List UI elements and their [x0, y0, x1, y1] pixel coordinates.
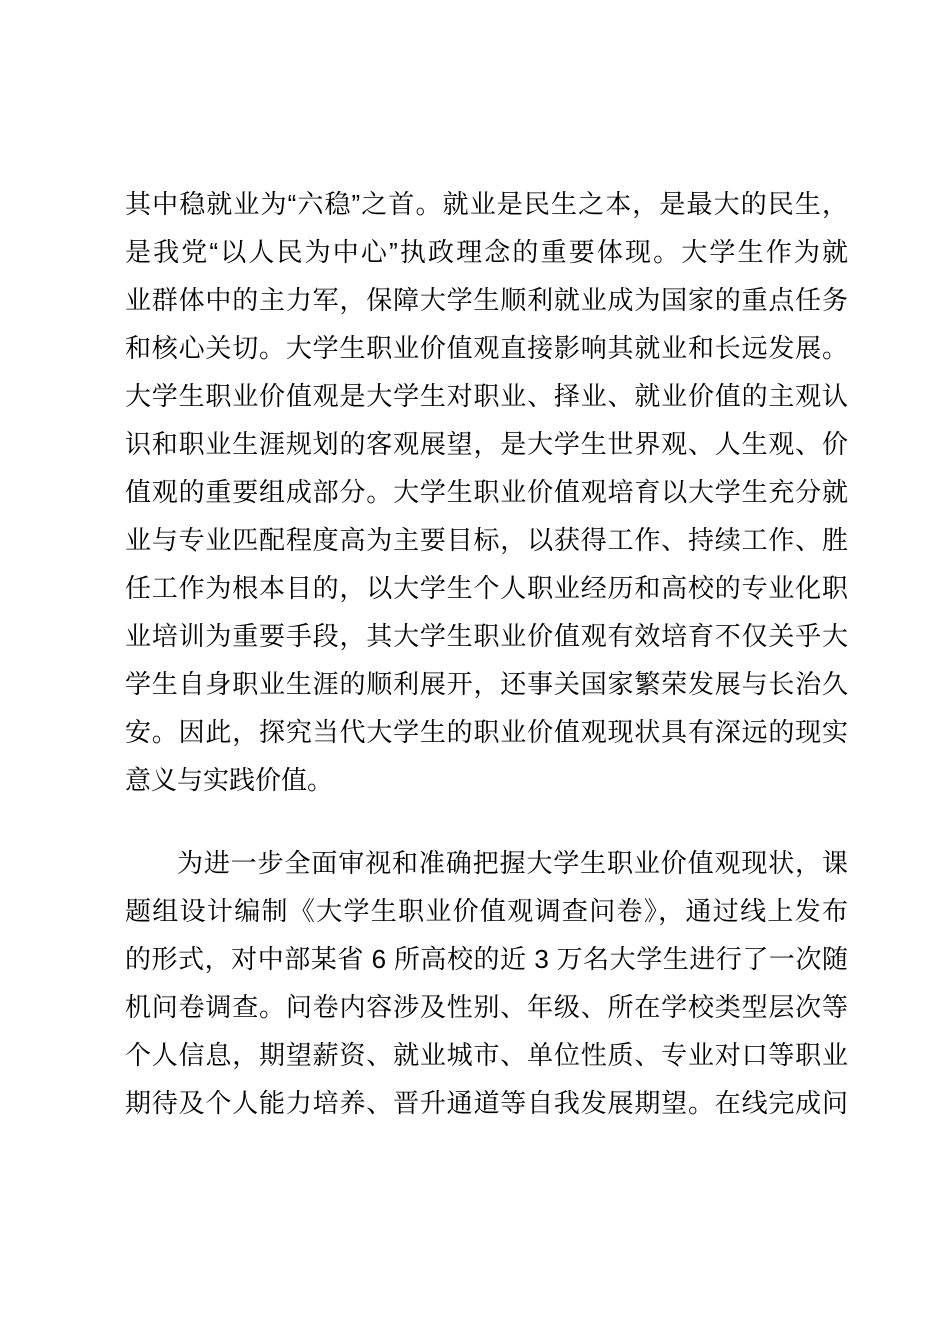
text-line: 业群体中的主力军，保障大学生顺利就业成为国家的重点任务	[125, 276, 848, 324]
text-line: 期待及个人能力培养、晋升通道等自我发展期望。在线完成问	[125, 1079, 848, 1127]
paragraph-2: 为进一步全面审视和准确把握大学生职业价值观现状，课 题组设计编制《大学生职业价值…	[125, 839, 848, 1127]
text-line: 识和职业生涯规划的客观展望，是大学生世界观、人生观、价	[125, 420, 848, 468]
text-line: 机问卷调查。问卷内容涉及性别、年级、所在学校类型层次等	[125, 983, 848, 1031]
text-line: 其中稳就业为“六稳”之首。就业是民生之本，是最大的民生，	[125, 180, 848, 228]
text-line: 意义与实践价值。	[125, 756, 848, 804]
text-line: 业与专业匹配程度高为主要目标，以获得工作、持续工作、胜	[125, 516, 848, 564]
text-line: 个人信息，期望薪资、就业城市、单位性质、专业对口等职业	[125, 1031, 848, 1079]
text-line: 的形式，对中部某省 6 所高校的近 3 万名大学生进行了一次随	[125, 935, 848, 983]
text-line: 学生自身职业生涯的顺利展开，还事关国家繁荣发展与长治久	[125, 660, 848, 708]
text-line: 为进一步全面审视和准确把握大学生职业价值观现状，课	[125, 839, 848, 887]
text-line: 值观的重要组成部分。大学生职业价值观培育以大学生充分就	[125, 468, 848, 516]
text-line: 业培训为重要手段，其大学生职业价值观有效培育不仅关乎大	[125, 612, 848, 660]
text-line: 安。因此，探究当代大学生的职业价值观现状具有深远的现实	[125, 708, 848, 756]
text-block: 其中稳就业为“六稳”之首。就业是民生之本，是最大的民生， 是我党“以人民为中心”…	[125, 180, 848, 1127]
text-line: 和核心关切。大学生职业价值观直接影响其就业和长远发展。	[125, 324, 848, 372]
document-page: 其中稳就业为“六稳”之首。就业是民生之本，是最大的民生， 是我党“以人民为中心”…	[0, 0, 950, 1344]
text-line: 大学生职业价值观是大学生对职业、择业、就业价值的主观认	[125, 372, 848, 420]
paragraph-1: 其中稳就业为“六稳”之首。就业是民生之本，是最大的民生， 是我党“以人民为中心”…	[125, 180, 848, 804]
text-line: 任工作为根本目的，以大学生个人职业经历和高校的专业化职	[125, 564, 848, 612]
text-line: 题组设计编制《大学生职业价值观调查问卷》，通过线上发布	[125, 887, 848, 935]
text-line: 是我党“以人民为中心”执政理念的重要体现。大学生作为就	[125, 228, 848, 276]
